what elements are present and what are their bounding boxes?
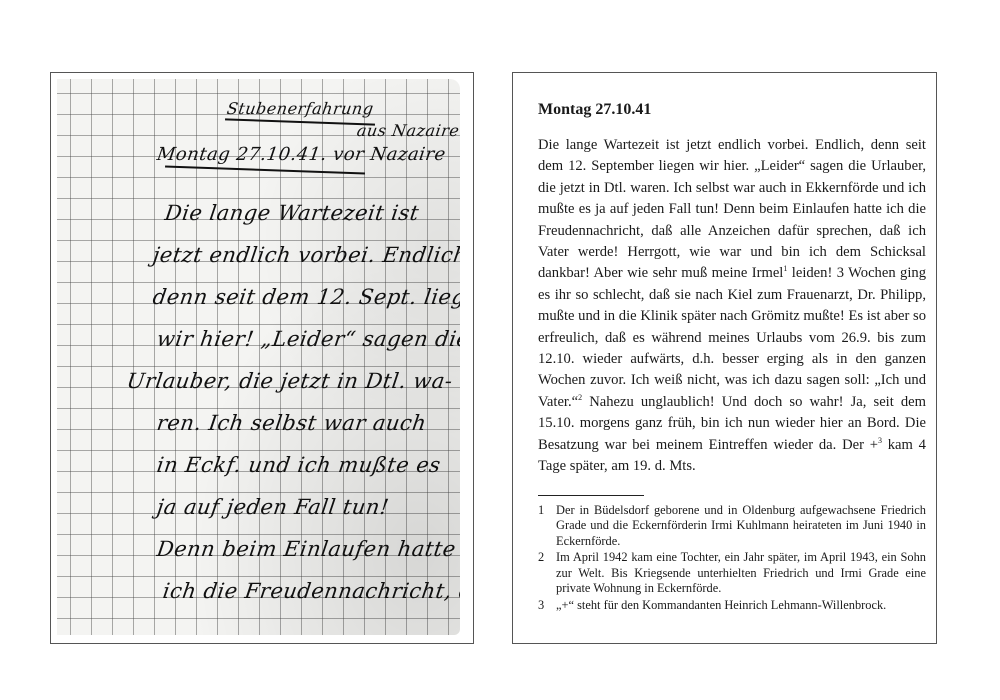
- handwriting-line: Denn beim Einlaufen hatte: [155, 537, 457, 561]
- entry-body: Die lange Wartezeit ist jetzt endlich vo…: [538, 135, 926, 478]
- footnote-text: Der in Büdelsdorf geborene und in Oldenb…: [556, 503, 926, 550]
- handwriting-line: ren. Ich selbst war auch: [155, 411, 428, 435]
- entry-date-heading: Montag 27.10.41: [538, 101, 926, 119]
- handwriting-line: Die lange Wartezeit ist: [163, 201, 420, 225]
- date-underline: [165, 166, 365, 175]
- handwriting-line: denn seit dem 12. Sept. liegen: [151, 285, 460, 309]
- scanned-notebook-page: Stubenerfahrung aus Nazaire Montag 27.10…: [57, 79, 460, 635]
- handwriting-line: wir hier! „Leider“ sagen die: [155, 327, 460, 351]
- handwriting-location: aus Nazaire: [356, 121, 460, 140]
- footnote-number: 2: [538, 550, 556, 597]
- handwriting-heading: Stubenerfahrung: [226, 99, 375, 118]
- handwriting-line: Urlauber, die jetzt in Dtl. wa-: [125, 369, 454, 393]
- footnote-3: 3 „+“ steht für den Kommandanten Heinric…: [538, 598, 926, 614]
- body-text: Nahezu unglaublich! Und doch so wahr! Ja…: [538, 394, 926, 453]
- transcription-page-frame: Montag 27.10.41 Die lange Wartezeit ist …: [512, 72, 937, 644]
- footnote-separator: [538, 495, 644, 496]
- handwriting-date: Montag 27.10.41. vor Nazaire: [156, 144, 448, 165]
- body-text: Die lange Wartezeit ist jetzt endlich vo…: [538, 137, 926, 281]
- handwriting-line: ich die Freudennachricht, daß: [161, 579, 460, 603]
- handwriting-line: in Eckf. und ich mußte es: [155, 453, 442, 477]
- handwriting-line: ja auf jeden Fall tun!: [155, 495, 390, 519]
- footnote-number: 3: [538, 598, 556, 614]
- body-text: leiden! 3 Wochen ging es ihr so schlecht…: [538, 265, 926, 409]
- footnote-number: 1: [538, 503, 556, 550]
- handwriting-line: jetzt endlich vorbei. Endlich,: [151, 243, 460, 267]
- transcription-content: Montag 27.10.41 Die lange Wartezeit ist …: [538, 97, 926, 615]
- footnote-text: Im April 1942 kam eine Tochter, ein Jahr…: [556, 550, 926, 597]
- footnote-text: „+“ steht für den Kommandanten Heinrich …: [556, 598, 926, 614]
- footnotes: 1 Der in Büdelsdorf geborene und in Olde…: [538, 503, 926, 614]
- heading-underline: [225, 118, 375, 125]
- footnote-2: 2 Im April 1942 kam eine Tochter, ein Ja…: [538, 550, 926, 597]
- footnote-1: 1 Der in Büdelsdorf geborene und in Olde…: [538, 503, 926, 550]
- handwritten-page-frame: Stubenerfahrung aus Nazaire Montag 27.10…: [50, 72, 474, 644]
